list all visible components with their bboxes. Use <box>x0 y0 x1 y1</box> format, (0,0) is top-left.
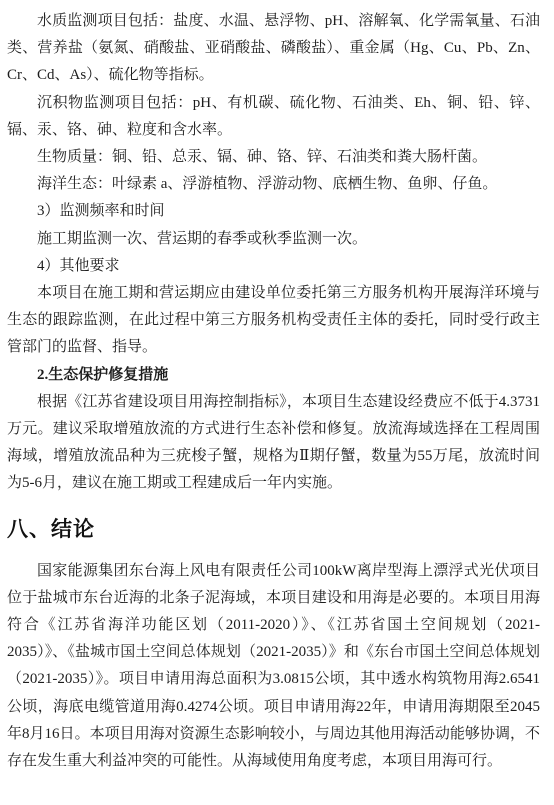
subheading-ecological-restoration: 2.生态保护修复措施 <box>7 362 540 389</box>
paragraph-marine-ecology: 海洋生态：叶绿素 a、浮游植物、浮游动物、底栖生物、鱼卵、仔鱼。 <box>7 171 540 198</box>
paragraph-biological-quality: 生物质量：铜、铅、总汞、镉、砷、铬、锌、石油类和粪大肠杆菌。 <box>7 144 540 171</box>
list-heading-other-requirements: 4）其他要求 <box>7 253 540 280</box>
paragraph-sediment-monitoring: 沉积物监测项目包括：pH、有机碳、硫化物、石油类、Eh、铜、铅、锌、镉、汞、铬、… <box>7 90 540 144</box>
paragraph-conclusion: 国家能源集团东台海上风电有限责任公司100kW离岸型海上漂浮式光伏项目位于盐城市… <box>7 558 540 776</box>
list-heading-monitoring-frequency: 3）监测频率和时间 <box>7 198 540 225</box>
paragraph-other-requirements: 本项目在施工期和营运期应由建设单位委托第三方服务机构开展海洋环境与生态的跟踪监测… <box>7 280 540 362</box>
document-page: 水质监测项目包括：盐度、水温、悬浮物、pH、溶解氧、化学需氧量、石油类、营养盐（… <box>0 0 554 805</box>
paragraph-monitoring-frequency: 施工期监测一次、营运期的春季或秋季监测一次。 <box>7 226 540 253</box>
paragraph-water-quality-monitoring: 水质监测项目包括：盐度、水温、悬浮物、pH、溶解氧、化学需氧量、石油类、营养盐（… <box>7 8 540 90</box>
section-heading-conclusion: 八、结论 <box>7 514 540 544</box>
paragraph-ecological-restoration: 根据《江苏省建设项目用海控制指标》，本项目生态建设经费应不低于4.3731万元。… <box>7 389 540 498</box>
